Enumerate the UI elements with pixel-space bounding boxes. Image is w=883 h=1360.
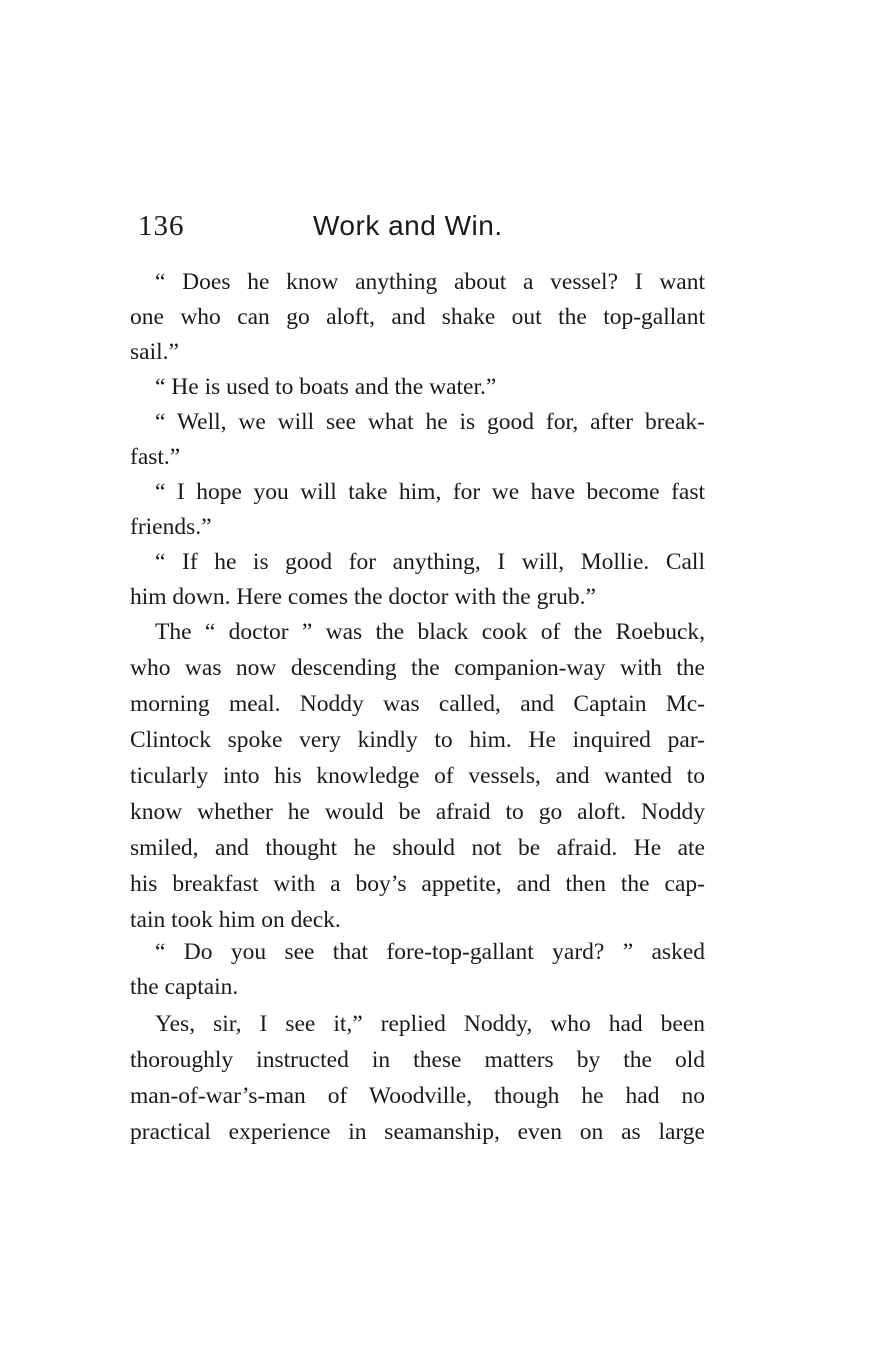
text-line: fast.”	[130, 440, 705, 475]
text-line: “ Does he know anything about a vessel? …	[130, 265, 705, 300]
text-line: “ Well, we will see what he is good for,…	[130, 405, 705, 440]
text-line: The “ doctor ” was the black cook of the…	[130, 615, 705, 650]
text-line: Yes, sir, I see it,” replied Noddy, who …	[130, 1007, 705, 1042]
text-line: man-of-war’s-man of Woodville, though he…	[130, 1079, 705, 1114]
text-line: one who can go aloft, and shake out the …	[130, 300, 705, 335]
text-line: know whether he would be afraid to go al…	[130, 795, 705, 830]
text-line: “ He is used to boats and the water.”	[130, 370, 705, 405]
text-line: smiled, and thought he should not be afr…	[130, 831, 705, 866]
text-line: morning meal. Noddy was called, and Capt…	[130, 687, 705, 722]
running-title: Work and Win.	[313, 210, 503, 242]
text-line: ticularly into his knowledge of vessels,…	[130, 759, 705, 794]
page-header: 136 Work and Win.	[130, 210, 710, 250]
text-line: Clintock spoke very kindly to him. He in…	[130, 723, 705, 758]
text-line: “ Do you see that fore-top-gallant yard?…	[130, 935, 705, 970]
text-line: him down. Here comes the doctor with the…	[130, 580, 705, 615]
text-line: friends.”	[130, 510, 705, 545]
text-line: “ I hope you will take him, for we have …	[130, 475, 705, 510]
book-page: 136 Work and Win. “ Does he know anythin…	[0, 0, 883, 1360]
text-line: “ If he is good for anything, I will, Mo…	[130, 545, 705, 580]
text-line: his breakfast with a boy’s appetite, and…	[130, 867, 705, 902]
text-line: the captain.	[130, 970, 705, 1005]
text-line: sail.”	[130, 335, 705, 370]
text-line: practical experience in seamanship, even…	[130, 1115, 705, 1150]
text-line: tain took him on deck.	[130, 903, 705, 938]
text-line: who was now descending the companion-way…	[130, 651, 705, 686]
page-number: 136	[138, 210, 185, 243]
text-line: thoroughly instructed in these matters b…	[130, 1043, 705, 1078]
